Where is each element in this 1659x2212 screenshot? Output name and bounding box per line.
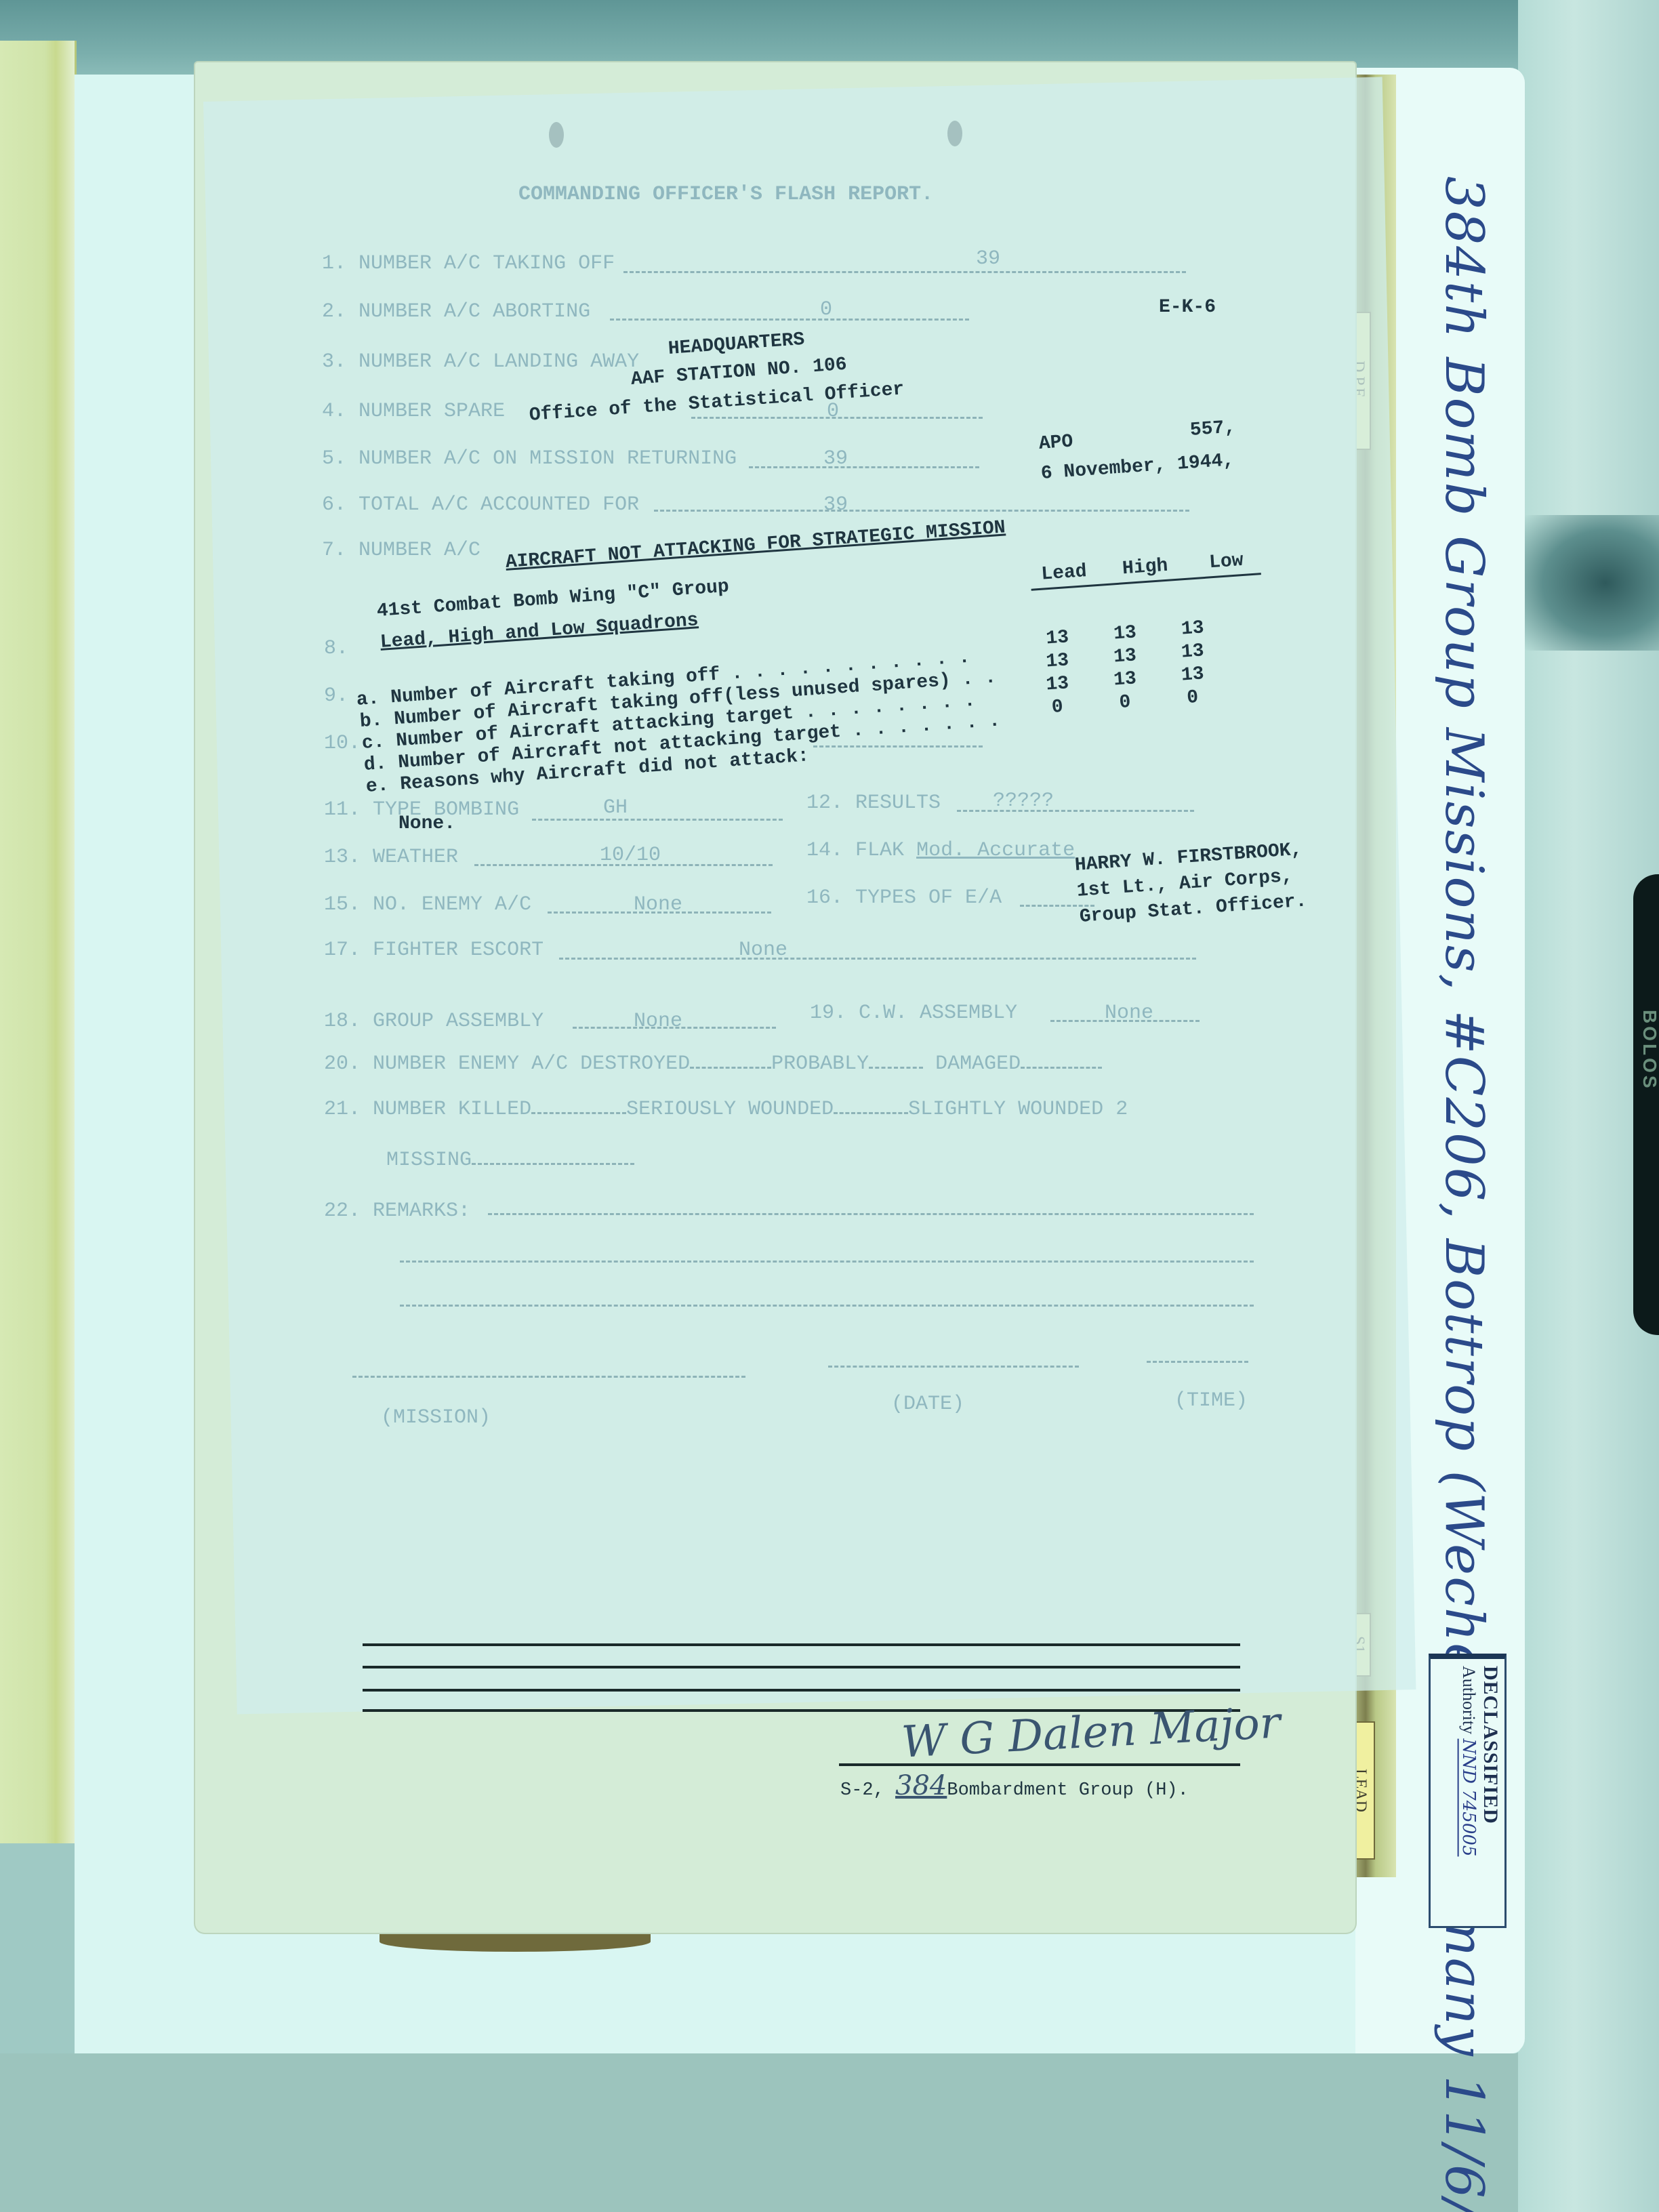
form-value-2: 0: [820, 298, 832, 321]
form-item-14: 14. FLAK Mod. Accurate: [806, 839, 1075, 862]
form-line-17: [559, 958, 1196, 960]
form-item-17: 17. FIGHTER ESCORT: [324, 939, 544, 962]
form-item-9: 9.: [324, 684, 348, 708]
rule-3: [363, 1689, 1240, 1692]
form-item-10: 10.: [324, 732, 361, 755]
stamp-authority: Authority NND 745005: [1458, 1666, 1479, 1919]
form-line-10: [813, 745, 983, 747]
form-item-18: 18. GROUP ASSEMBLY: [324, 1010, 544, 1033]
page-shadow: [380, 1931, 651, 1952]
background-shadow: [1525, 515, 1659, 651]
form-item-21: 21. NUMBER KILLEDSERIOUSLY WOUNDEDSLIGHT…: [324, 1098, 1128, 1121]
unit-number: 384: [895, 1770, 947, 1801]
form-line-2: [610, 319, 969, 321]
form-item-7: 7. NUMBER A/C: [322, 539, 480, 562]
flash-report-title: COMMANDING OFFICER'S FLASH REPORT.: [518, 183, 933, 206]
memo-code: E-K-6: [1159, 297, 1216, 318]
unit-designation: S-2, 384Bombardment Group (H).: [840, 1770, 1189, 1801]
form-item-13: 13. WEATHER: [324, 846, 458, 869]
form-value-17: None: [739, 939, 787, 962]
form-item-4: 4. NUMBER SPARE: [322, 400, 505, 423]
form-item-2: 2. NUMBER A/C ABORTING: [322, 300, 590, 323]
form-item-15: 15. NO. ENEMY A/C: [324, 893, 531, 916]
declassified-stamp: DECLASSIFIED Authority NND 745005: [1429, 1654, 1507, 1928]
form-value-11: GH: [603, 796, 628, 819]
reason-value: None.: [398, 813, 455, 834]
rule-2: [363, 1666, 1240, 1668]
form-value-1: 39: [976, 247, 1000, 270]
form-line-5: [749, 466, 979, 468]
form-value-5: 39: [823, 447, 848, 470]
col-high: High: [1111, 555, 1180, 581]
form-item-19: 19. C.W. ASSEMBLY: [810, 1002, 1017, 1025]
form-item-16: 16. TYPES OF E/A: [806, 886, 1002, 909]
col-low: Low: [1192, 549, 1261, 575]
form-item-8: 8.: [324, 637, 348, 660]
date-label: (DATE): [891, 1393, 964, 1416]
form-item-3: 3. NUMBER A/C LANDING AWAY: [322, 350, 639, 373]
form-line-6: [654, 510, 1189, 512]
form-item-20: 20. NUMBER ENEMY A/C DESTROYEDPROBABLY D…: [324, 1052, 1102, 1076]
time-label: (TIME): [1174, 1389, 1248, 1412]
form-value-6: 39: [823, 493, 848, 516]
form-item-missing: MISSING: [386, 1149, 634, 1172]
folder-handwritten-note: 384th Bomb Group Missions, #C206, Bottro…: [1420, 176, 1501, 1633]
mission-line: [352, 1376, 745, 1378]
apo-number: 557,: [1189, 417, 1236, 441]
time-line: [1147, 1361, 1248, 1363]
form-value-18: None: [634, 1010, 682, 1033]
rule-1: [363, 1643, 1240, 1646]
form-value-15: None: [634, 893, 682, 916]
date-line: [828, 1366, 1079, 1368]
apo-label: APO: [1038, 431, 1073, 454]
signature-line: [839, 1763, 1240, 1766]
device-label: BOLOS: [1639, 1010, 1659, 1091]
black-device: [1633, 874, 1659, 1335]
form-line-11: [532, 819, 783, 821]
form-value-19: None: [1105, 1002, 1153, 1025]
form-item-22: 22. REMARKS:: [324, 1200, 470, 1223]
col-lead: Lead: [1029, 560, 1099, 586]
form-item-12: 12. RESULTS: [806, 792, 941, 815]
left-page-stack: [0, 41, 77, 1843]
form-value-12: ?????: [993, 790, 1054, 813]
remarks-line-2: [400, 1261, 1254, 1263]
background-bottom: [0, 2053, 1659, 2212]
remarks-line-3: [400, 1305, 1254, 1307]
stamp-title: DECLASSIFIED: [1479, 1666, 1502, 1919]
form-line-1: [623, 271, 1186, 273]
form-value-13: 10/10: [600, 844, 661, 867]
remarks-line-1: [488, 1213, 1254, 1215]
mission-label: (MISSION): [381, 1406, 491, 1429]
form-item-5: 5. NUMBER A/C ON MISSION RETURNING: [322, 447, 737, 470]
form-item-1: 1. NUMBER A/C TAKING OFF: [322, 252, 615, 275]
form-item-6: 6. TOTAL A/C ACCOUNTED FOR: [322, 493, 639, 516]
